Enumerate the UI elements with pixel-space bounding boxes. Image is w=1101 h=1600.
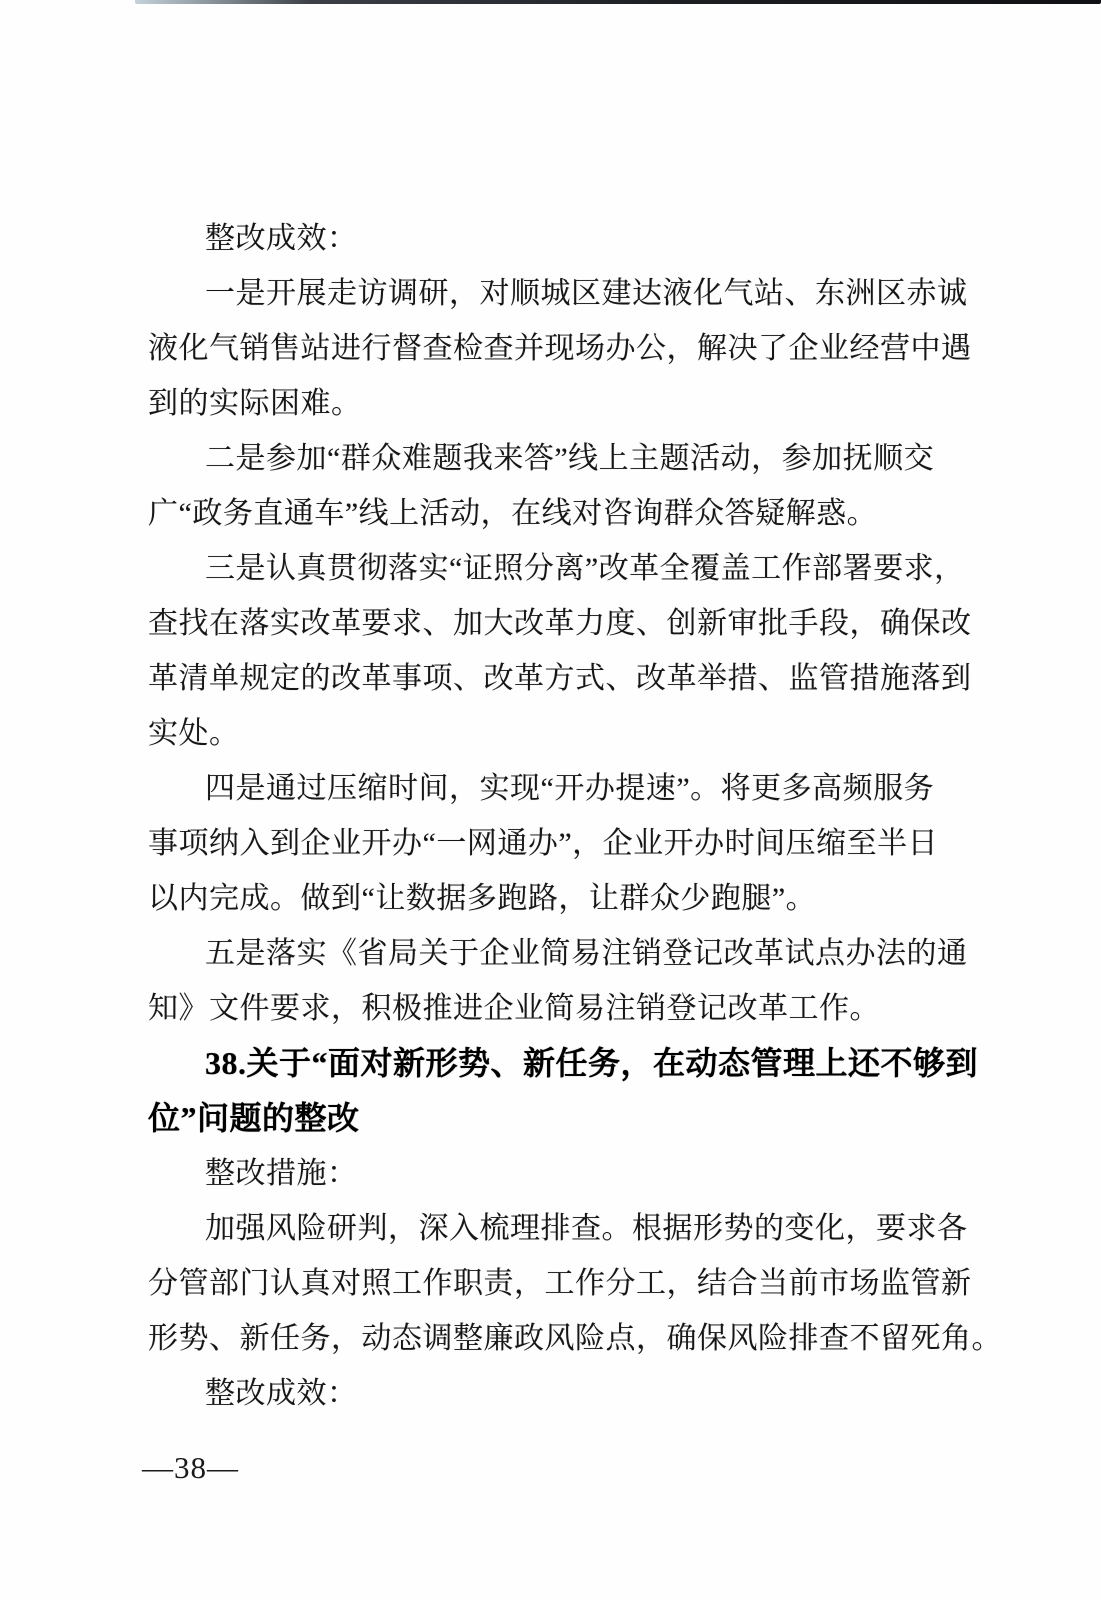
- heading-line: 位”问题的整改: [148, 1091, 963, 1146]
- text-line: 整改措施：: [148, 1146, 963, 1201]
- scanned-document-page: 整改成效：一是开展走访调研，对顺城区建达液化气站、东洲区赤诚液化气销售站进行督查…: [0, 0, 1101, 1600]
- text-line: 整改成效：: [148, 1366, 963, 1421]
- text-line: 三是认真贯彻落实“证照分离”改革全覆盖工作部署要求，: [148, 541, 963, 596]
- document-body: 整改成效：一是开展走访调研，对顺城区建达液化气站、东洲区赤诚液化气销售站进行督查…: [148, 211, 963, 1421]
- text-line: 革清单规定的改革事项、改革方式、改革举措、监管措施落到: [148, 651, 963, 706]
- text-line: 二是参加“群众难题我来答”线上主题活动，参加抚顺交: [148, 431, 963, 486]
- text-line: 广“政务直通车”线上活动，在线对咨询群众答疑解惑。: [148, 486, 963, 541]
- text-line: 液化气销售站进行督查检查并现场办公，解决了企业经营中遇: [148, 321, 963, 376]
- scan-edge-artifact: [135, 0, 1101, 4]
- text-line: 事项纳入到企业开办“一网通办”，企业开办时间压缩至半日: [148, 816, 963, 871]
- text-line: 知》文件要求，积极推进企业简易注销登记改革工作。: [148, 981, 963, 1036]
- text-line: 实处。: [148, 706, 963, 761]
- text-line: 五是落实《省局关于企业简易注销登记改革试点办法的通: [148, 926, 963, 981]
- text-line: 分管部门认真对照工作职责，工作分工，结合当前市场监管新: [148, 1256, 963, 1311]
- text-line: 四是通过压缩时间，实现“开办提速”。将更多高频服务: [148, 761, 963, 816]
- text-line: 加强风险研判，深入梳理排查。根据形势的变化，要求各: [148, 1201, 963, 1256]
- text-line: 一是开展走访调研，对顺城区建达液化气站、东洲区赤诚: [148, 266, 963, 321]
- text-line: 以内完成。做到“让数据多跑路，让群众少跑腿”。: [148, 871, 963, 926]
- text-line: 到的实际困难。: [148, 376, 963, 431]
- text-line: 形势、新任务，动态调整廉政风险点，确保风险排查不留死角。: [148, 1311, 963, 1366]
- heading-line: 38.关于“面对新形势、新任务，在动态管理上还不够到: [148, 1036, 963, 1091]
- text-line: 查找在落实改革要求、加大改革力度、创新审批手段，确保改: [148, 596, 963, 651]
- page-number: —38—: [142, 1446, 239, 1490]
- text-line: 整改成效：: [148, 211, 963, 266]
